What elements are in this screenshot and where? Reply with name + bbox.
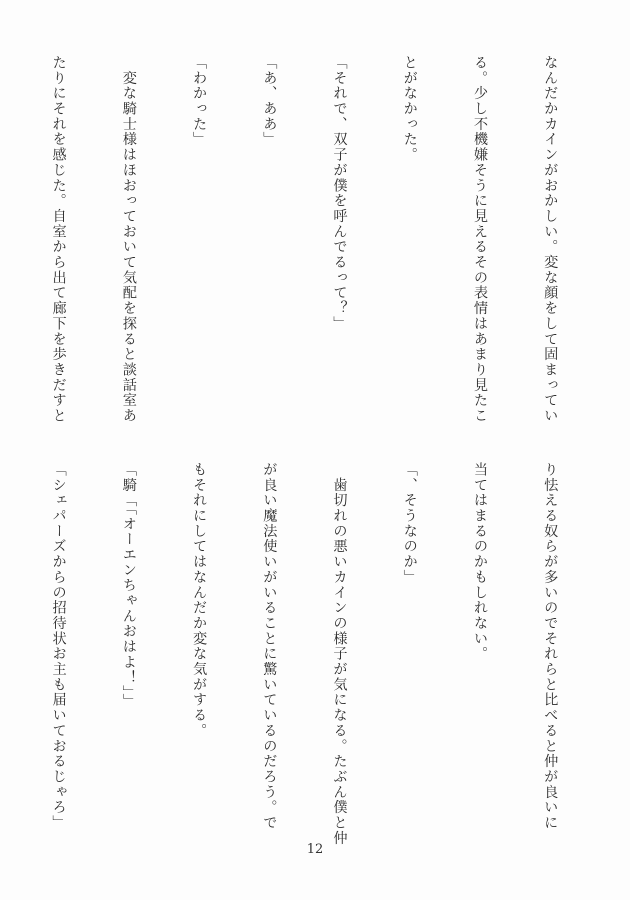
text-line: が良い魔法使いがいることに驚いているのだろう。で xyxy=(257,462,280,822)
book-page: なんだかカインがおかしい。変な顔をして固まってい る。少し不機嫌そうに見えるその… xyxy=(0,0,630,900)
text-line: 「、そうなのか」 xyxy=(397,462,420,822)
text-line: 「シェパーズからの招待状お主も届いておるじゃろ」 xyxy=(46,462,69,822)
text-line: り怯える奴らが多いのでそれらと比べると仲が良いに xyxy=(538,462,561,822)
text-line: る。少し不機嫌そうに見えるその表情はあまり見たこ xyxy=(468,55,491,415)
text-line: 「それで、双子が僕を呼んでるって？」 xyxy=(327,55,350,415)
text-block-top: なんだかカインがおかしい。変な顔をして固まってい る。少し不機嫌そうに見えるその… xyxy=(0,55,608,415)
text-block-bottom: り怯える奴らが多いのでそれらと比べると仲が良いに 当てはまるのかもしれない。 「… xyxy=(0,462,608,822)
text-line: もそれにしてはなんだか変な気がする。 xyxy=(187,462,210,822)
text-line: 「騎「「オーエンちゃんおはよ！」」 xyxy=(116,462,139,822)
text-line: 歯切れの悪いカインの様子が気になる。たぶん僕と仲 xyxy=(327,462,350,822)
text-line: 「わかった」 xyxy=(187,55,210,415)
text-line: なんだかカインがおかしい。変な顔をして固まってい xyxy=(538,55,561,415)
text-line: 「あ、ああ」 xyxy=(257,55,280,415)
text-line: 変な騎士様はほおっておいて気配を探ると談話室あ xyxy=(116,55,139,415)
page-number: 12 xyxy=(0,842,630,857)
text-line: とがなかった。 xyxy=(397,55,420,415)
text-line: 当てはまるのかもしれない。 xyxy=(468,462,491,822)
text-line: たりにそれを感じた。自室から出て廊下を歩きだすと xyxy=(46,55,69,415)
